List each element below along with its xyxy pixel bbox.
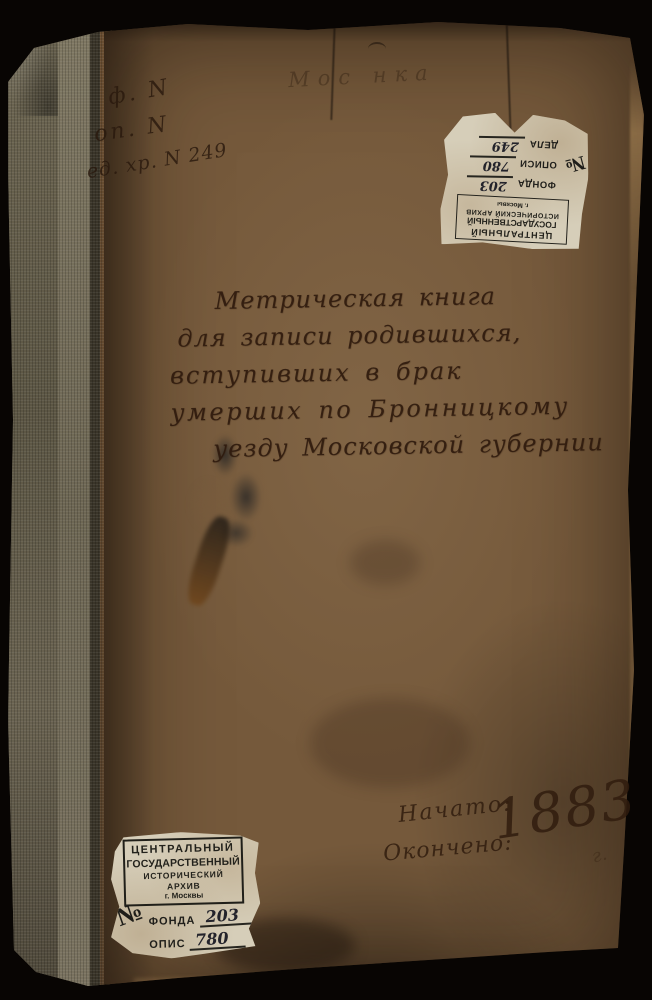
archive-label-bottom: ЦЕНТРАЛЬНЫЙ ГОСУДАРСТВЕННЫЙ ИСТОРИЧЕСКИЙ…	[108, 830, 261, 960]
fond-row: ФОНДА 203	[442, 173, 557, 194]
frayed-thread	[74, 21, 86, 36]
frayed-thread	[61, 20, 68, 36]
edge-wear-right	[630, 60, 644, 968]
cover-crack-curve	[368, 42, 386, 56]
archive-org-block: ЦЕНТРАЛЬНЫЙ ГОСУДАРСТВЕННЫЙ ИСТОРИЧЕСКИЙ…	[123, 836, 245, 906]
opis-value: 780	[189, 930, 246, 951]
archive-org-block: ЦЕНТРАЛЬНЫЙ ГОСУДАРСТВЕННЫЙ ИСТОРИЧЕСКИЙ…	[455, 194, 569, 245]
fond-label: ФОНДА	[149, 915, 196, 928]
edge-wear-bottom	[134, 978, 634, 994]
fond-value: 203	[467, 176, 513, 192]
handwritten-title: Метрическая книга для записи родившихся,…	[164, 280, 607, 473]
delo-row: ДЕЛА 249	[444, 133, 559, 154]
fond-label: ФОНДА	[517, 177, 556, 190]
opis-row: ОПИСИ 780	[443, 153, 558, 174]
archive-name-line: ИСТОРИЧЕСКИЙ АРХИВ	[125, 868, 242, 892]
delo-label: ДЕЛА	[529, 138, 558, 150]
archive-city-line: г. Москвы	[126, 890, 242, 903]
fond-row: ФОНДА 203	[148, 907, 260, 928]
number-sign: №	[562, 150, 587, 177]
wear-stain-mid	[310, 698, 470, 788]
photo-stage: ф. N оп. N ед. хр. N 249 Мос нка ЦЕНТРАЛ…	[0, 0, 652, 1000]
opis-label: ОПИСИ	[519, 157, 557, 170]
opis-value: 780	[470, 156, 516, 172]
title-line: уезду Московской губернии	[213, 428, 608, 472]
archive-ref-rows: ФОНДА 203 ОПИСИ 780 ДЕЛА 249	[442, 133, 559, 194]
delo-value: 249	[479, 136, 525, 152]
wear-stain-small	[350, 540, 420, 585]
opis-label: ОПИС	[149, 938, 186, 951]
fond-value: 203	[199, 906, 256, 927]
frayed-thread	[43, 20, 51, 36]
